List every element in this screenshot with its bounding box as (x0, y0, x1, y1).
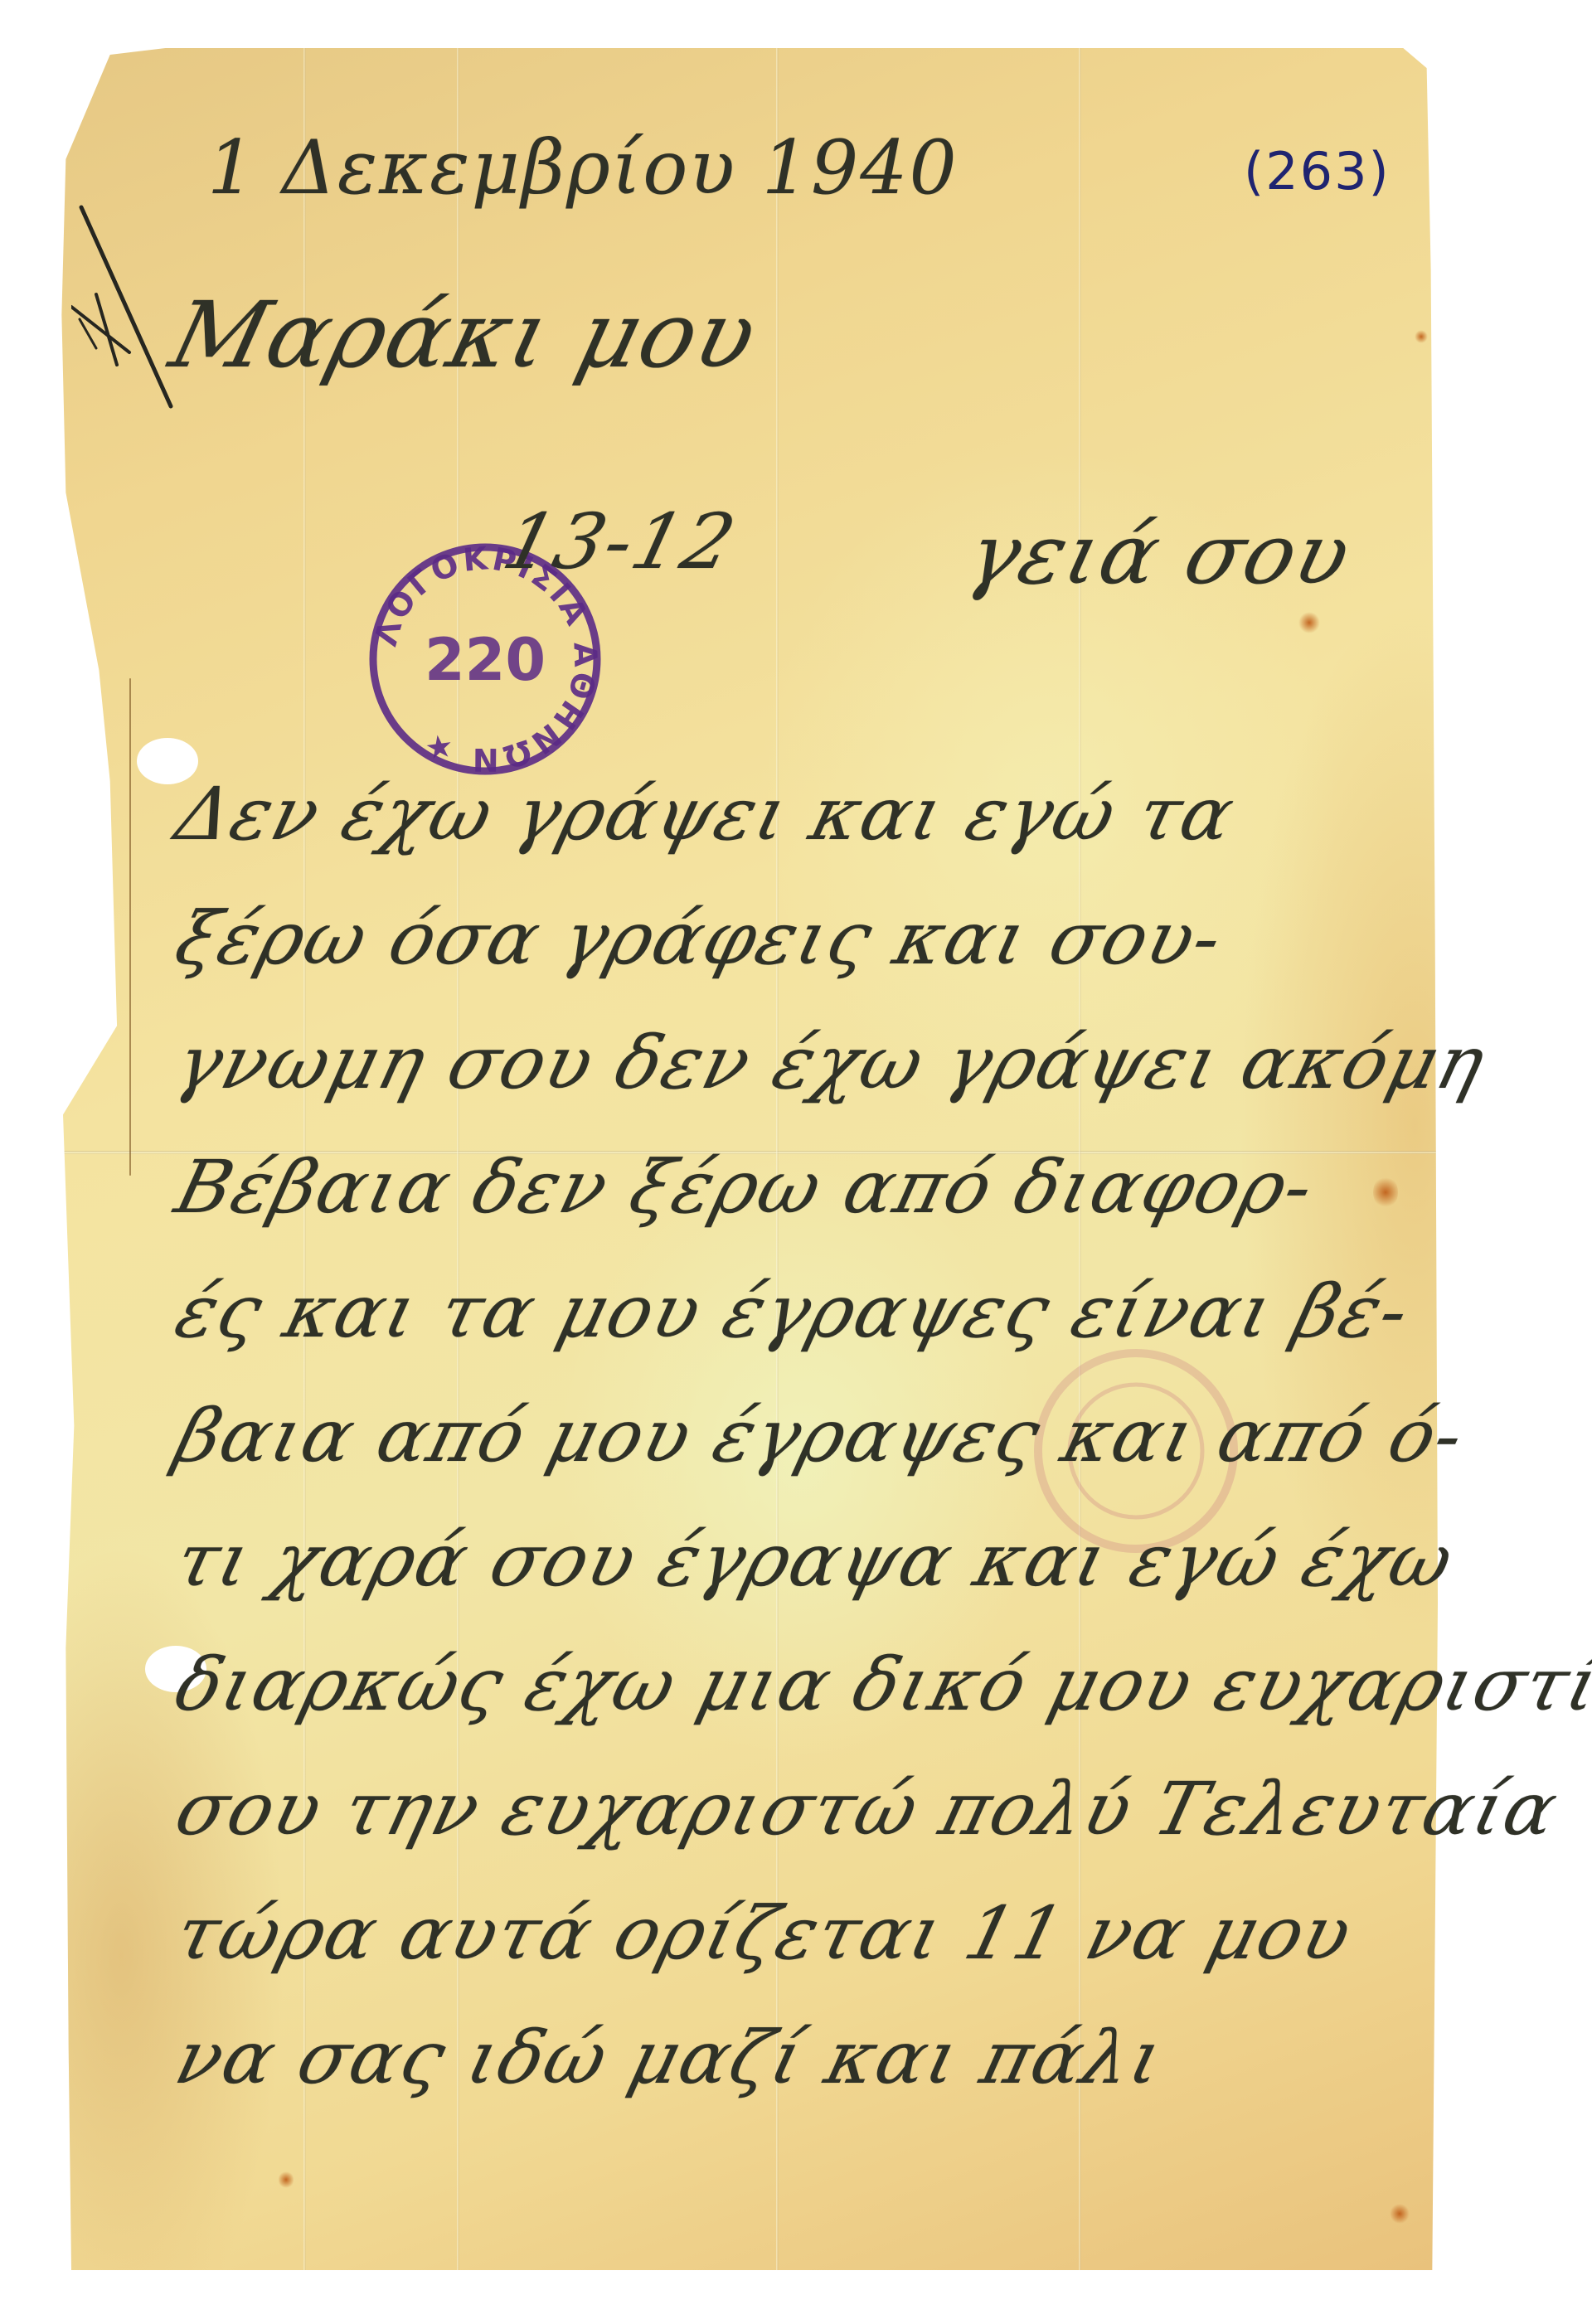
rust-stain (279, 2171, 294, 2189)
letter-line: να σας ιδώ μαζί και πάλι (167, 2015, 1172, 2100)
rust-stain (1390, 2204, 1410, 2224)
greeting-salutation: Μαράκι μου (161, 282, 769, 388)
letter-date: 1 Δεκεμβρίου 1940 (207, 124, 959, 211)
letter-line: Βέβαια δεν ξέρω από διαφορ- (167, 1144, 1323, 1230)
letter-line: Δεν έχω γράψει και εγώ τα (167, 771, 1244, 856)
rust-stain (1373, 1176, 1398, 1209)
letter-line: τι χαρά σου έγραψα και εγώ έχω (167, 1517, 1463, 1603)
archive-number: (263) (1244, 141, 1391, 201)
letter-line: βαια από μου έγραψες και από ό- (167, 1393, 1473, 1478)
stamp-number: 220 (425, 626, 546, 694)
letter-line: σου την ευχαριστώ πολύ Τελευταία (167, 1766, 1567, 1851)
greeting-hello: γειά σου (958, 506, 1361, 603)
received-date-annotation: 13-12 (495, 497, 745, 586)
torn-edge (129, 678, 131, 1176)
rust-stain (1415, 330, 1428, 343)
corner-crease (17, 0, 391, 119)
letter-line: ές και τα μου έγραψες είναι βέ- (167, 1269, 1419, 1354)
letter-line: διαρκώς έχω μια δικό μου ευχαριστί- (167, 1642, 1592, 1727)
letter-line: γνωμη σου δεν έχω γράψει ακόμη (167, 1020, 1494, 1105)
letter-line: ξέρω όσα γράφεις και σου- (167, 895, 1232, 981)
letter-line: τώρα αυτά ορίζεται 11 να μου (167, 1890, 1361, 1976)
rust-stain (1298, 612, 1320, 633)
